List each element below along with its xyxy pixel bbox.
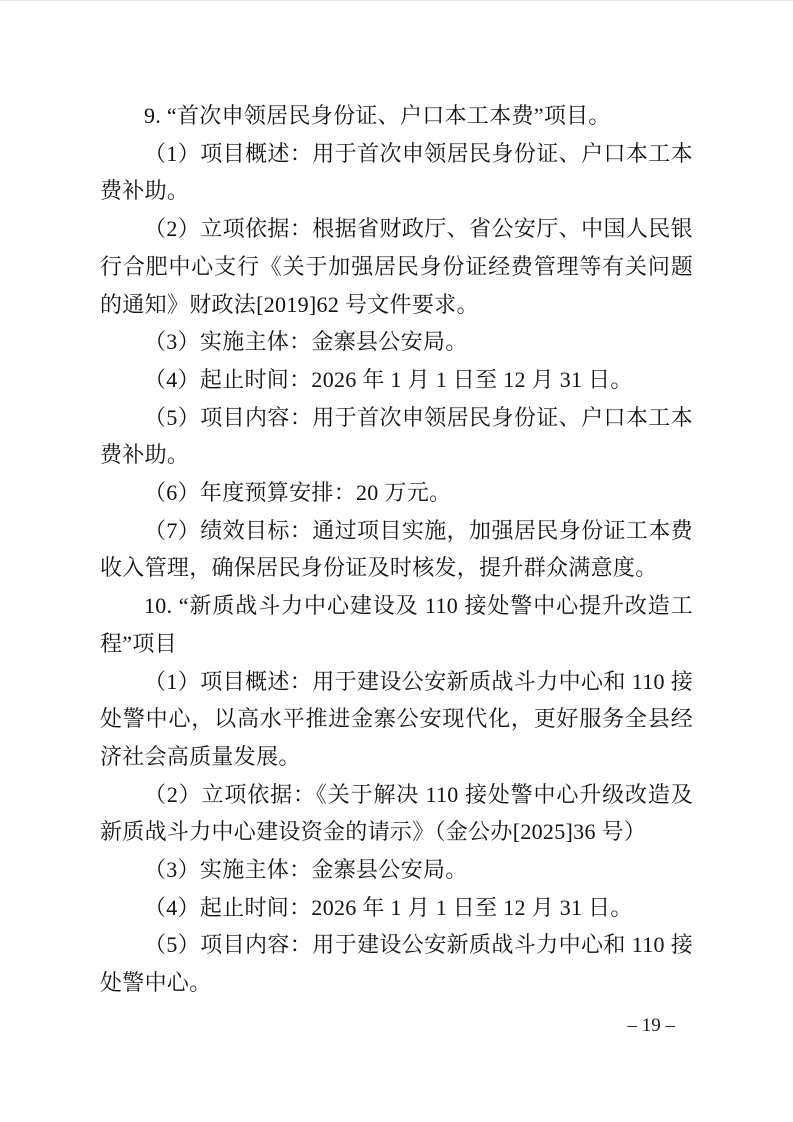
para-9-overview: （1）项目概述：用于首次申领居民身份证、户口本工本费补助。: [100, 135, 693, 210]
para-9-duration: （4）起止时间：2026 年 1 月 1 日至 12 月 31 日。: [100, 361, 693, 399]
para-10-content: （5）项目内容：用于建设公安新质战斗力中心和 110 接处警中心。: [100, 926, 693, 1001]
para-9-implementer: （3）实施主体：金寨县公安局。: [100, 323, 693, 361]
page-number: – 19 –: [628, 1014, 676, 1038]
para-10-implementer: （3）实施主体：金寨县公安局。: [100, 851, 693, 889]
para-10-duration: （4）起止时间：2026 年 1 月 1 日至 12 月 31 日。: [100, 889, 693, 927]
para-9-budget: （6）年度预算安排：20 万元。: [100, 474, 693, 512]
para-9-performance-goal: （7）绩效目标：通过项目实施，加强居民身份证工本费收入管理，确保居民身份证及时核…: [100, 512, 693, 587]
para-item-9-title: 9. “首次申领居民身份证、户口本工本费”项目。: [100, 97, 693, 135]
para-item-10-title: 10. “新质战斗力中心建设及 110 接处警中心提升改造工程”项目: [100, 587, 693, 662]
para-9-basis: （2）立项依据：根据省财政厅、省公安厅、中国人民银行合肥中心支行《关于加强居民身…: [100, 210, 693, 323]
para-9-content: （5）项目内容：用于首次申领居民身份证、户口本工本费补助。: [100, 399, 693, 474]
para-10-overview: （1）项目概述：用于建设公安新质战斗力中心和 110 接处警中心，以高水平推进金…: [100, 663, 693, 776]
para-10-basis: （2）立项依据：《关于解决 110 接处警中心升级改造及新质战斗力中心建设资金的…: [100, 776, 693, 851]
document-page: 9. “首次申领居民身份证、户口本工本费”项目。 （1）项目概述：用于首次申领居…: [0, 0, 793, 1122]
document-body: 9. “首次申领居民身份证、户口本工本费”项目。 （1）项目概述：用于首次申领居…: [100, 97, 693, 1002]
